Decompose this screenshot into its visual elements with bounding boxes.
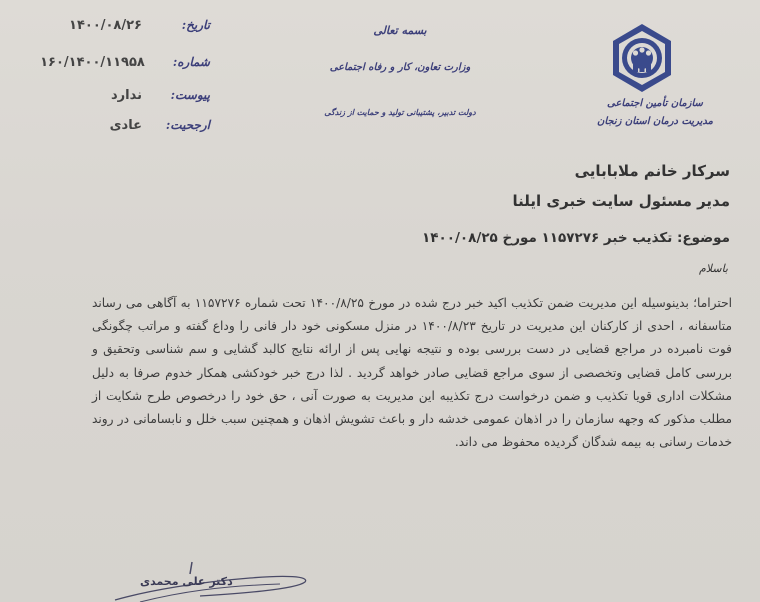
- priority-value: عادی: [110, 118, 142, 133]
- letter-body: احتراما؛ بدینوسیله این مدیریت ضمن تکذیب …: [92, 292, 732, 454]
- body-paragraph: احتراما؛ بدینوسیله این مدیریت ضمن تکذیب …: [92, 292, 732, 454]
- priority-label: ارجحیت:: [170, 118, 210, 132]
- attachment-label: پیوست:: [170, 88, 210, 102]
- social-security-logo-icon: [610, 22, 674, 94]
- greeting: باسلام: [699, 262, 728, 275]
- meta-date: تاریخ: ۱۴۰۰/۰۸/۲۶: [60, 18, 210, 33]
- org-name: سازمان تأمین اجتماعی: [575, 98, 735, 109]
- recipient-name: سرکار خانم ملابابایی: [575, 162, 730, 180]
- meta-priority: ارجحیت: عادی: [100, 118, 210, 133]
- number-value: ۱۶۰/۱۴۰۰/۱۱۹۵۸: [40, 55, 145, 70]
- header-basmala: بسمه تعالی: [300, 24, 500, 37]
- date-label: تاریخ:: [170, 18, 210, 32]
- recipient-title: مدیر مسئول سایت خبری ایلنا: [513, 192, 730, 210]
- header-motto: دولت تدبیر، پشتیبانی تولید و حمایت از زن…: [300, 107, 500, 117]
- meta-number: شماره: ۱۶۰/۱۴۰۰/۱۱۹۵۸: [50, 55, 210, 70]
- header-ministry: وزارت تعاون، کار و رفاه اجتماعی: [300, 62, 500, 73]
- date-value: ۱۴۰۰/۰۸/۲۶: [69, 18, 142, 33]
- number-label: شماره:: [173, 55, 210, 69]
- org-unit: مدیریت درمان استان زنجان: [575, 116, 735, 127]
- subject-line: موضوع: تکذیب خبر ۱۱۵۷۲۷۶ مورخ ۱۴۰۰/۰۸/۲۵: [422, 230, 730, 246]
- signature-name: دکتر علی محمدی: [140, 575, 233, 588]
- attachment-value: ندارد: [111, 88, 142, 103]
- meta-attachment: پیوست: ندارد: [100, 88, 210, 103]
